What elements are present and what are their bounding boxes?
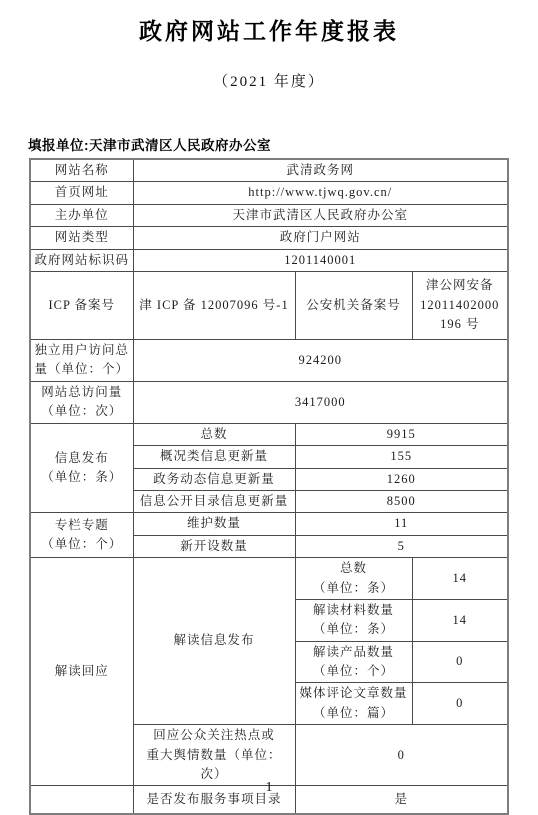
page-subtitle: （2021 年度）	[0, 70, 538, 91]
organizer-label: 主办单位	[30, 204, 133, 226]
organizer-value: 天津市武清区人民政府办公室	[133, 204, 508, 226]
site-code-label: 政府网站标识码	[30, 249, 133, 271]
table-row: ICP 备案号 津 ICP 备 12007096 号-1 公安机关备案号 津公网…	[30, 271, 508, 339]
info-release-row-value: 155	[295, 446, 508, 468]
unique-visitors-label: 独立用户访问总 量（单位：个）	[30, 339, 133, 381]
special-columns-row-value: 5	[295, 535, 508, 557]
info-release-row-value: 8500	[295, 491, 508, 513]
table-row: 网站总访问量 （单位：次） 3417000	[30, 381, 508, 423]
interpretation-row-value: 14	[412, 558, 508, 600]
page-number: 1	[0, 780, 538, 796]
table-row: 政府网站标识码 1201140001	[30, 249, 508, 271]
annual-report-table: 网站名称 武清政务网 首页网址 http://www.tjwq.gov.cn/ …	[29, 158, 509, 815]
site-name-value: 武清政务网	[133, 159, 508, 182]
table-row: 首页网址 http://www.tjwq.gov.cn/	[30, 182, 508, 204]
info-release-row-value: 1260	[295, 468, 508, 490]
special-columns-row-value: 11	[295, 513, 508, 535]
special-columns-group-label: 专栏专题 （单位：个）	[30, 513, 133, 558]
table-row: 独立用户访问总 量（单位：个） 924200	[30, 339, 508, 381]
interpretation-response-group-label: 解读回应	[30, 558, 133, 786]
table-row: 专栏专题 （单位：个） 维护数量 11	[30, 513, 508, 535]
table-row: 主办单位 天津市武清区人民政府办公室	[30, 204, 508, 226]
interpretation-row-value: 0	[412, 641, 508, 683]
interpretation-row-label: 媒体评论文章数量 （单位：篇）	[295, 683, 412, 725]
info-release-row-value: 9915	[295, 423, 508, 445]
info-release-row-label: 总数	[133, 423, 295, 445]
total-visits-label: 网站总访问量 （单位：次）	[30, 381, 133, 423]
info-release-row-label: 概况类信息更新量	[133, 446, 295, 468]
reporting-unit: 填报单位:天津市武清区人民政府办公室	[28, 134, 538, 154]
hot-response-value: 0	[295, 725, 508, 786]
table-row: 网站名称 武清政务网	[30, 159, 508, 182]
interpretation-row-value: 14	[412, 599, 508, 641]
interpretation-row-label: 解读产品数量 （单位：个）	[295, 641, 412, 683]
table-row: 信息发布 （单位：条） 总数 9915	[30, 423, 508, 445]
police-record-label: 公安机关备案号	[295, 271, 412, 339]
interpretation-row-label: 解读材料数量 （单位：条）	[295, 599, 412, 641]
icp-value: 津 ICP 备 12007096 号-1	[133, 271, 295, 339]
special-columns-row-label: 维护数量	[133, 513, 295, 535]
hot-response-label: 回应公众关注热点或 重大舆情数量（单位： 次）	[133, 725, 295, 786]
interpretation-row-label: 总数 （单位：条）	[295, 558, 412, 600]
report-page: 政府网站工作年度报表 （2021 年度） 填报单位:天津市武清区人民政府办公室 …	[0, 0, 538, 815]
homepage-url-value: http://www.tjwq.gov.cn/	[133, 182, 508, 204]
interpretation-info-publish-label: 解读信息发布	[133, 558, 295, 725]
site-code-value: 1201140001	[133, 249, 508, 271]
table-row: 网站类型 政府门户网站	[30, 227, 508, 249]
info-release-group-label: 信息发布 （单位：条）	[30, 423, 133, 513]
page-title: 政府网站工作年度报表	[0, 0, 538, 46]
icp-label: ICP 备案号	[30, 271, 133, 339]
info-release-row-label: 政务动态信息更新量	[133, 468, 295, 490]
table-row: 解读回应 解读信息发布 总数 （单位：条） 14	[30, 558, 508, 600]
police-record-value: 津公网安备 12011402000 196 号	[412, 271, 508, 339]
interpretation-row-value: 0	[412, 683, 508, 725]
special-columns-row-label: 新开设数量	[133, 535, 295, 557]
site-type-value: 政府门户网站	[133, 227, 508, 249]
unique-visitors-value: 924200	[133, 339, 508, 381]
site-type-label: 网站类型	[30, 227, 133, 249]
info-release-row-label: 信息公开目录信息更新量	[133, 491, 295, 513]
total-visits-value: 3417000	[133, 381, 508, 423]
site-name-label: 网站名称	[30, 159, 133, 182]
homepage-url-label: 首页网址	[30, 182, 133, 204]
